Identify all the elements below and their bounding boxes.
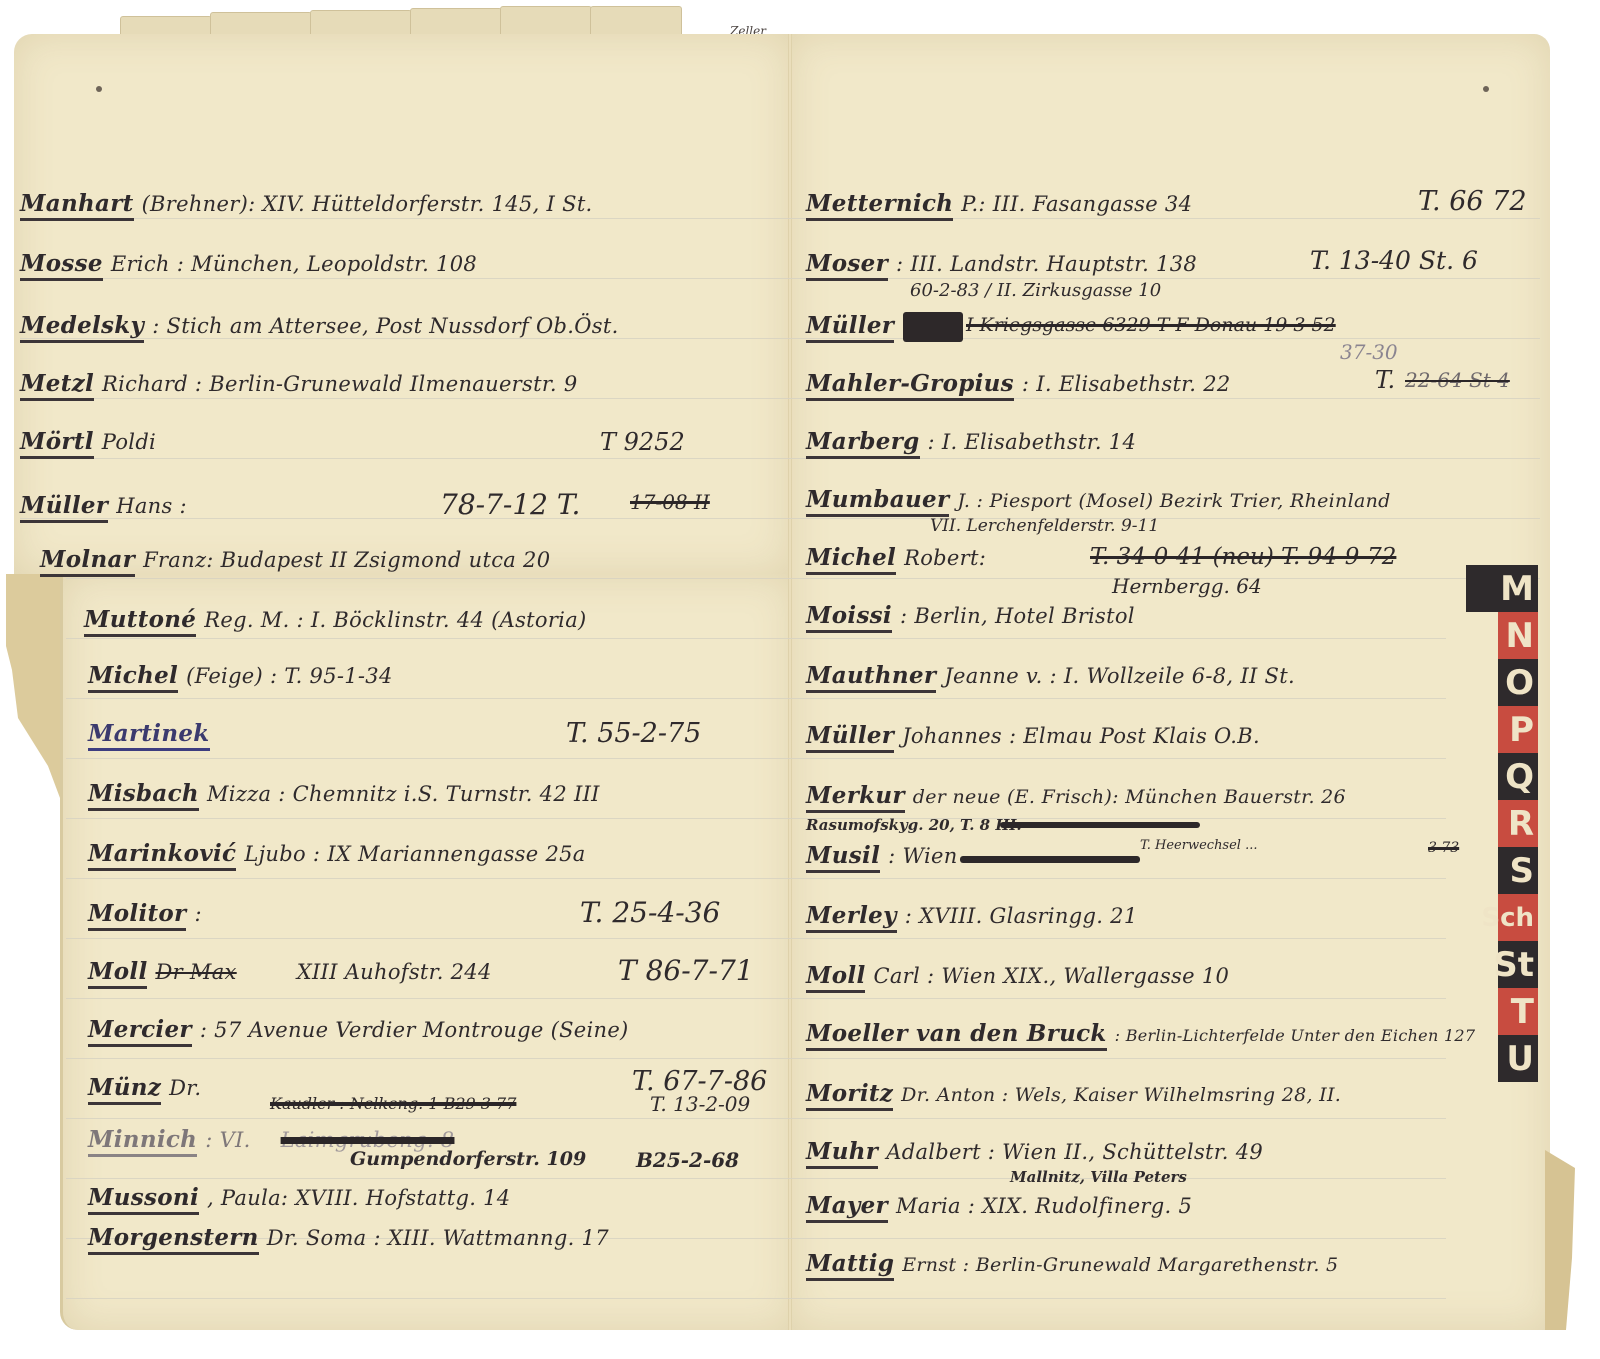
address-entry: Michel(Feige) : T. 95-1-34 — [88, 662, 393, 689]
phone-number: 37-30 — [1340, 340, 1398, 364]
phone-number: T. Heerwechsel ... — [1140, 838, 1258, 853]
entry-details: : — [194, 902, 201, 926]
entry-name: Minnich — [88, 1126, 197, 1157]
phone-number: T. 13-40 St. 6 — [1310, 246, 1478, 275]
torn-page-edge — [6, 574, 66, 814]
entry-details: : XVIII. Glasringg. 21 — [905, 904, 1138, 928]
page-stub — [500, 6, 592, 37]
entry-name: Moll — [806, 962, 865, 993]
entry-details: Dr. Anton : Wels, Kaiser Wilhelmsring 28… — [901, 1084, 1341, 1106]
entry-name: Münz — [88, 1074, 161, 1105]
address-entry: Moissi: Berlin, Hotel Bristol — [806, 602, 1135, 629]
book-gutter — [788, 34, 792, 1330]
address-entry: MörtlPoldi — [20, 428, 156, 455]
address-entry: Merkurder neue (E. Frisch): München Baue… — [806, 782, 1346, 809]
entry-details: Johannes : Elmau Post Klais O.B. — [902, 724, 1260, 748]
entry-name: Moritz — [806, 1080, 893, 1111]
phone-number: T 86-7-71 — [618, 954, 754, 987]
address-entry: Mahler-Gropius: I. Elisabethstr. 22 — [806, 370, 1231, 397]
index-tab-sch[interactable]: Sch — [1498, 894, 1538, 941]
entry-name: Moissi — [806, 602, 892, 633]
entry-details: (Feige) : T. 95-1-34 — [186, 664, 393, 688]
address-entry: Merley: XVIII. Glasringg. 21 — [806, 902, 1137, 929]
address-entry: Molitor: — [88, 900, 202, 927]
entry-details: : I. Elisabethstr. 14 — [928, 430, 1137, 454]
entry-name: Mussoni — [88, 1184, 199, 1215]
index-tab-s[interactable]: S — [1498, 847, 1538, 894]
address-entry: MarinkovićLjubo : IX Mariannengasse 25a — [88, 840, 586, 867]
entry-details: Ernst : Berlin-Grunewald Margarethenstr.… — [902, 1254, 1338, 1276]
entry-name: Müller — [806, 312, 894, 343]
phone-number: T 9252 — [600, 428, 685, 456]
struck-phone-number: 3 73 — [1428, 840, 1459, 856]
entry-name: Manhart — [20, 190, 134, 221]
address-entry: MollDr MaxXIII Auhofstr. 244 — [88, 958, 492, 985]
address-entry: Moser: III. Landstr. Hauptstr. 138 — [806, 250, 1197, 277]
address-entry: MüllerJohannes : Elmau Post Klais O.B. — [806, 722, 1260, 749]
address-entry: MetzlRichard : Berlin-Grunewald Ilmenaue… — [20, 370, 577, 397]
address-entry: Mercier: 57 Avenue Verdier Montrouge (Se… — [88, 1016, 629, 1043]
entry-name: Misbach — [88, 780, 199, 811]
address-entry: MetternichP.: III. Fasangasse 34 — [806, 190, 1192, 217]
page-stub — [590, 6, 682, 37]
entry-name: Mörtl — [20, 428, 94, 459]
address-entry: Musil: Wien — [806, 842, 958, 869]
entry-name: Musil — [806, 842, 880, 873]
entry-details: J. : Piesport (Mosel) Bezirk Trier, Rhei… — [957, 490, 1390, 512]
entry-name: Merkur — [806, 782, 905, 813]
entry-details: : III. Landstr. Hauptstr. 138 — [896, 252, 1197, 276]
entry-details: : Wien — [888, 844, 957, 868]
phone-number: T. 55-2-75 — [566, 718, 701, 749]
entry-name: Merley — [806, 902, 897, 933]
address-entry: Marberg: I. Elisabethstr. 14 — [806, 428, 1136, 455]
index-tab-m[interactable]: M — [1466, 565, 1538, 612]
address-addition: Rasumofskyg. 20, T. 8 III. — [806, 816, 1022, 834]
entry-name: Martinek — [88, 720, 210, 751]
address-entry: MollCarl : Wien XIX., Wallergasse 10 — [806, 962, 1229, 989]
phone-label: T. — [1375, 366, 1395, 394]
entry-name: Moeller van den Bruck — [806, 1020, 1107, 1051]
index-tab-p[interactable]: P — [1498, 706, 1538, 753]
address-addition: 60-2-83 / II. Zirkusgasse 10 — [910, 280, 1161, 301]
struck-phone-number: 17-08 II — [630, 490, 710, 514]
address-entry: MauthnerJeanne v. : I. Wollzeile 6-8, II… — [806, 662, 1295, 689]
address-entry: Martinek — [88, 720, 210, 747]
entry-details: Erich : München, Leopoldstr. 108 — [111, 252, 477, 276]
entry-details: Mizza : Chemnitz i.S. Turnstr. 42 III — [207, 782, 600, 806]
alphabet-index-tabs: M N O P Q R S Sch St T U — [1466, 565, 1538, 1082]
entry-name: Marinković — [88, 840, 236, 871]
address-entry: MattigErnst : Berlin-Grunewald Margareth… — [806, 1250, 1338, 1277]
entry-name: Mattig — [806, 1250, 894, 1281]
entry-details: : Berlin-Lichterfelde Unter den Eichen 1… — [1115, 1026, 1476, 1045]
entry-details: Jeanne v. : I. Wollzeile 6-8, II St. — [944, 664, 1295, 688]
index-tab-st[interactable]: St — [1498, 941, 1538, 988]
struck-phone-number: 22-64 St 4 — [1405, 368, 1510, 392]
strike-through-mark — [960, 856, 1140, 863]
address-entry: MuttonéReg. M. : I. Böcklinstr. 44 (Asto… — [84, 606, 587, 633]
strike-through-mark — [1000, 822, 1200, 828]
address-addition: Hernbergg. 64 — [1112, 574, 1262, 598]
entry-details: : I. Elisabethstr. 22 — [1022, 372, 1231, 396]
address-addition: VII. Lerchenfelderstr. 9-11 — [930, 516, 1159, 536]
entry-details: Adalbert : Wien II., Schüttelstr. 49 — [886, 1140, 1263, 1164]
entry-name: Mumbauer — [806, 486, 949, 517]
entry-details: Franz: Budapest II Zsigmond utca 20 — [143, 548, 550, 572]
phone-number: T. 66 72 — [1418, 186, 1527, 217]
entry-details: (Brehner): XIV. Hütteldorferstr. 145, I … — [142, 192, 593, 216]
index-tab-r[interactable]: R — [1498, 800, 1538, 847]
new-address: Gumpendorferstr. 109 — [350, 1148, 586, 1170]
struck-address: I Kriegsgasse 6329 T F Donau 19 3 52 — [966, 314, 1336, 336]
entry-details: : Berlin, Hotel Bristol — [900, 604, 1135, 628]
address-entry: MosseErich : München, Leopoldstr. 108 — [20, 250, 477, 277]
entry-details: Ljubo : IX Mariannengasse 25a — [244, 842, 585, 866]
address-entry: MisbachMizza : Chemnitz i.S. Turnstr. 42… — [88, 780, 600, 807]
entry-details: Dr. — [169, 1076, 201, 1100]
entry-name: Müller — [806, 722, 894, 753]
entry-details: Hans : — [116, 494, 187, 518]
address-entry: Manhart(Brehner): XIV. Hütteldorferstr. … — [20, 190, 593, 217]
entry-name: Mercier — [88, 1016, 192, 1047]
redacted-ink-block — [903, 312, 963, 342]
index-tab-q[interactable]: Q — [1498, 753, 1538, 800]
entry-name: Mayer — [806, 1192, 888, 1223]
entry-details: XIII Auhofstr. 244 — [297, 960, 492, 984]
entry-name: Mahler-Gropius — [806, 370, 1014, 401]
page-mark — [96, 86, 102, 92]
phone-number: 78-7-12 T. — [440, 488, 580, 521]
index-tab-o[interactable]: O — [1498, 659, 1538, 706]
address-entry: MoritzDr. Anton : Wels, Kaiser Wilhelmsr… — [806, 1080, 1341, 1107]
entry-name: Medelsky — [20, 312, 144, 343]
struck-phone-number: T. 34-0-41 (neu) T. 94-9-72 — [1090, 544, 1396, 570]
address-entry: MichelRobert: — [806, 544, 986, 571]
phone-number: T. 13-2-09 — [650, 1092, 750, 1116]
entry-details: : VI. — [205, 1128, 250, 1152]
entry-details: Richard : Berlin-Grunewald Ilmenauerstr.… — [102, 372, 577, 396]
entry-name: Müller — [20, 492, 108, 523]
address-entry: Mussoni, Paula: XVIII. Hofstattg. 14 — [88, 1184, 510, 1211]
entry-details: Dr. Soma : XIII. Wattmanng. 17 — [267, 1226, 609, 1250]
entry-name: Metternich — [806, 190, 953, 221]
address-addition: Mallnitz, Villa Peters — [1010, 1168, 1187, 1186]
entry-name: Michel — [806, 544, 896, 575]
address-entry: MolnarFranz: Budapest II Zsigmond utca 2… — [40, 546, 550, 573]
entry-name: Mauthner — [806, 662, 936, 693]
torn-page-edge — [1545, 1150, 1575, 1330]
entry-name: Morgenstern — [88, 1224, 259, 1255]
entry-name: Molnar — [40, 546, 135, 577]
address-entry: MayerMaria : XIX. Rudolfinerg. 5 — [806, 1192, 1192, 1219]
address-entry: Medelsky: Stich am Attersee, Post Nussdo… — [20, 312, 619, 339]
entry-name: Moser — [806, 250, 888, 281]
entry-name: Moll — [88, 958, 147, 989]
index-tab-t[interactable]: T — [1498, 988, 1538, 1035]
entry-details: : 57 Avenue Verdier Montrouge (Seine) — [200, 1018, 629, 1042]
page-mark — [1483, 86, 1489, 92]
phone-number: T. 25-4-36 — [580, 896, 720, 929]
entry-details: Reg. M. : I. Böcklinstr. 44 (Astoria) — [204, 608, 586, 632]
entry-name: Metzl — [20, 370, 94, 401]
entry-details: Poldi — [102, 430, 156, 454]
entry-details: , Paula: XVIII. Hofstattg. 14 — [207, 1186, 510, 1210]
entry-name: Mosse — [20, 250, 103, 281]
struck-line: Kaudler : Nelkeng. 1 B29 3 77 — [270, 1094, 516, 1113]
struck-entry-details: Dr Max — [155, 960, 236, 984]
entry-details: Carl : Wien XIX., Wallergasse 10 — [873, 964, 1229, 988]
entry-details: P.: III. Fasangasse 34 — [961, 192, 1192, 216]
entry-name: Molitor — [88, 900, 186, 931]
entry-name: Marberg — [806, 428, 920, 459]
entry-name: Michel — [88, 662, 178, 693]
entry-details: der neue (E. Frisch): München Bauerstr. … — [913, 786, 1346, 808]
address-entry: MorgensternDr. Soma : XIII. Wattmanng. 1… — [88, 1224, 609, 1251]
entry-details: Robert: — [904, 546, 986, 570]
entry-details: Maria : XIX. Rudolfinerg. 5 — [896, 1194, 1192, 1218]
address-entry: MuhrAdalbert : Wien II., Schüttelstr. 49 — [806, 1138, 1263, 1165]
entry-name: Muhr — [806, 1138, 878, 1169]
address-entry: MünzDr. — [88, 1074, 201, 1101]
address-entry: MüllerHans : — [20, 492, 187, 519]
address-entry: Moeller van den Bruck: Berlin-Lichterfel… — [806, 1020, 1475, 1047]
entry-name: Muttoné — [84, 606, 196, 637]
index-tab-n[interactable]: N — [1498, 612, 1538, 659]
address-entry: MumbauerJ. : Piesport (Mosel) Bezirk Tri… — [806, 486, 1391, 513]
index-tab-u[interactable]: U — [1498, 1035, 1538, 1082]
new-phone-number: B25-2-68 — [636, 1148, 739, 1172]
entry-details: : Stich am Attersee, Post Nussdorf Ob.Ös… — [152, 314, 618, 338]
